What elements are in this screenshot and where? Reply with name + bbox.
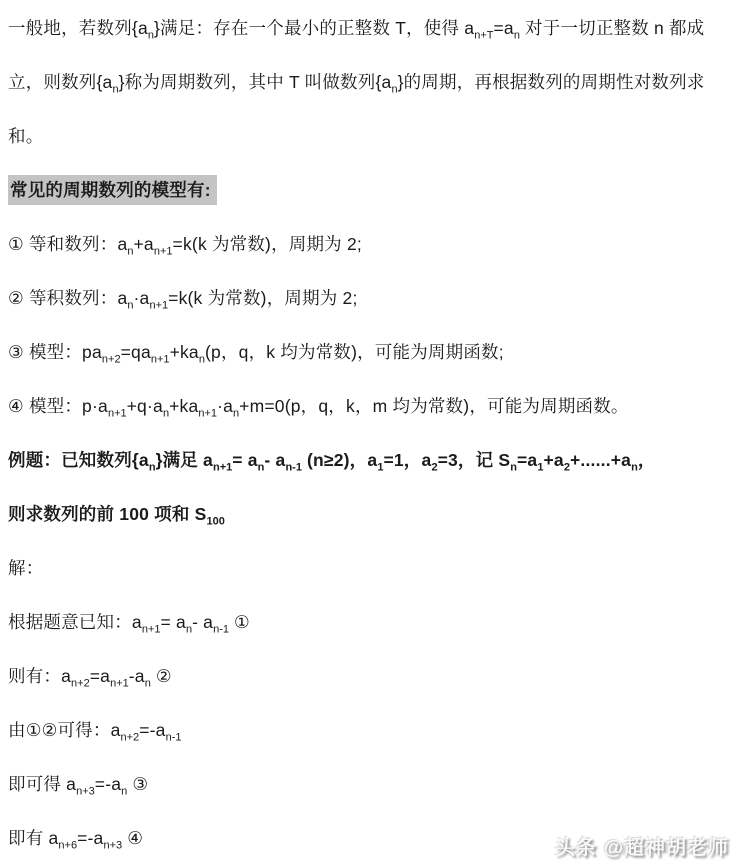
text-segment: 常见的周期数列的模型有: [8,175,217,205]
example-line-2: 则求数列的前 100 项和 S100 [8,487,733,541]
formula-subscript: n+2 [102,354,121,366]
text-segment: +a [543,450,563,470]
text-segment: 由①②可得：a [8,720,121,740]
step-derive-1: 由①②可得：an+2=-an-1 [8,703,733,757]
text-segment: 则有：a [8,666,71,686]
text-segment: 和。 [8,126,43,146]
text-segment: =-a [139,720,165,740]
text-segment: 一般地，若数列{a [8,18,148,38]
text-segment: =a [90,666,110,686]
text-segment: =a [517,450,537,470]
text-segment: +ka [169,396,198,416]
text-segment: =k(k 为常数)，周期为 2; [173,234,362,254]
text-segment: ① 等和数列：a [8,234,127,254]
text-segment: }的周期，再根据数列的周期性对数列求 [398,72,705,92]
formula-subscript: n+1 [149,300,168,312]
formula-subscript: n+1 [110,678,129,690]
formula-subscript: n+1 [142,624,161,636]
step-given: 根据题意已知：an+1= an- an-1 ① [8,595,733,649]
text-segment: (p，q，k 均为常数)，可能为周期函数; [205,342,504,362]
formula-subscript: n-1 [166,732,182,744]
text-segment: ④ 模型：p·a [8,396,108,416]
text-segment: =-a [77,828,103,848]
formula-subscript: n-1 [285,462,302,474]
text-segment: (n≥2)，a [302,450,377,470]
text-segment: +m=0(p，q，k，m 均为常数)，可能为周期函数。 [239,396,628,416]
text-segment: = a [232,450,257,470]
step-then: 则有：an+2=an+1-an ② [8,649,733,703]
text-segment: +a [134,234,154,254]
text-segment: 例题：已知数列{a [8,450,149,470]
formula-subscript: n+1 [151,354,170,366]
text-segment: -a [129,666,145,686]
text-segment: - a [264,450,285,470]
text-segment: =a [493,18,513,38]
text-segment: =-a [95,774,121,794]
text-segment: =qa [121,342,151,362]
formula-subscript: n+6 [58,840,77,852]
text-segment: 则求数列的前 100 项和 S [8,504,206,524]
formula-subscript: n [510,462,517,474]
text-segment: ③ 模型：pa [8,342,102,362]
step-derive-2: 即可得 an+3=-an ③ [8,757,733,811]
formula-subscript: n+1 [213,462,232,474]
example-line-1: 例题：已知数列{an}满足 an+1= an- an-1 (n≥2)，a1=1，… [8,433,733,487]
text-segment: = a [161,612,186,632]
text-segment: +ka [170,342,199,362]
text-segment: ② 等积数列：a [8,288,127,308]
formula-subscript: 100 [206,516,224,528]
watermark: 头条 @超神胡老师 [555,831,729,860]
model-item-1: ① 等和数列：an+an+1=k(k 为常数)，周期为 2; [8,217,733,271]
text-segment: - a [192,612,213,632]
text-segment: }满足 a [156,450,213,470]
text-segment: }满足：存在一个最小的正整数 T，使得 a [154,18,474,38]
text-segment: 解： [8,558,43,578]
text-segment: =1，a [383,450,431,470]
text-segment: ， [638,450,656,470]
text-segment: ④ [122,828,143,848]
text-segment: ③ [127,774,148,794]
formula-subscript: n+1 [108,408,127,420]
formula-subscript: n+3 [76,786,95,798]
formula-subscript: n [631,462,638,474]
text-segment: 即有 a [8,828,58,848]
text-segment: 立，则数列{a [8,72,112,92]
formula-subscript: n+3 [103,840,122,852]
formula-subscript: n-1 [213,624,229,636]
intro-line-3: 和。 [8,109,733,163]
intro-line-2: 立，则数列{an}称为周期数列，其中 T 叫做数列{an}的周期，再根据数列的周… [8,55,733,109]
text-segment: }称为周期数列，其中 T 叫做数列{a [119,72,392,92]
text-segment: ① [229,612,250,632]
text-segment: ② [151,666,172,686]
text-segment: ·a [134,288,150,308]
section-heading: 常见的周期数列的模型有: [8,163,733,217]
text-segment: +q·a [127,396,163,416]
formula-subscript: n [149,462,156,474]
text-segment: 对于一切正整数 n 都成 [520,18,704,38]
formula-subscript: n+2 [121,732,140,744]
model-item-4: ④ 模型：p·an+1+q·an+kan+1·an+m=0(p，q，k，m 均为… [8,379,733,433]
text-segment: ·a [217,396,233,416]
text-segment: =k(k 为常数)，周期为 2; [168,288,357,308]
intro-line-1: 一般地，若数列{an}满足：存在一个最小的正整数 T，使得 an+T=an 对于… [8,1,733,55]
formula-subscript: n+2 [71,678,90,690]
text-segment: =3，记 S [438,450,511,470]
text-segment: +......+a [570,450,631,470]
document-body: 一般地，若数列{an}满足：存在一个最小的正整数 T，使得 an+T=an 对于… [0,0,737,868]
formula-subscript: n+T [474,30,493,42]
model-item-3: ③ 模型：pan+2=qan+1+kan(p，q，k 均为常数)，可能为周期函数… [8,325,733,379]
formula-subscript: n+1 [198,408,217,420]
solution-label: 解： [8,541,733,595]
formula-subscript: n+1 [154,246,173,258]
text-segment: 即可得 a [8,774,76,794]
text-segment: 根据题意已知：a [8,612,142,632]
model-item-2: ② 等积数列：an·an+1=k(k 为常数)，周期为 2; [8,271,733,325]
